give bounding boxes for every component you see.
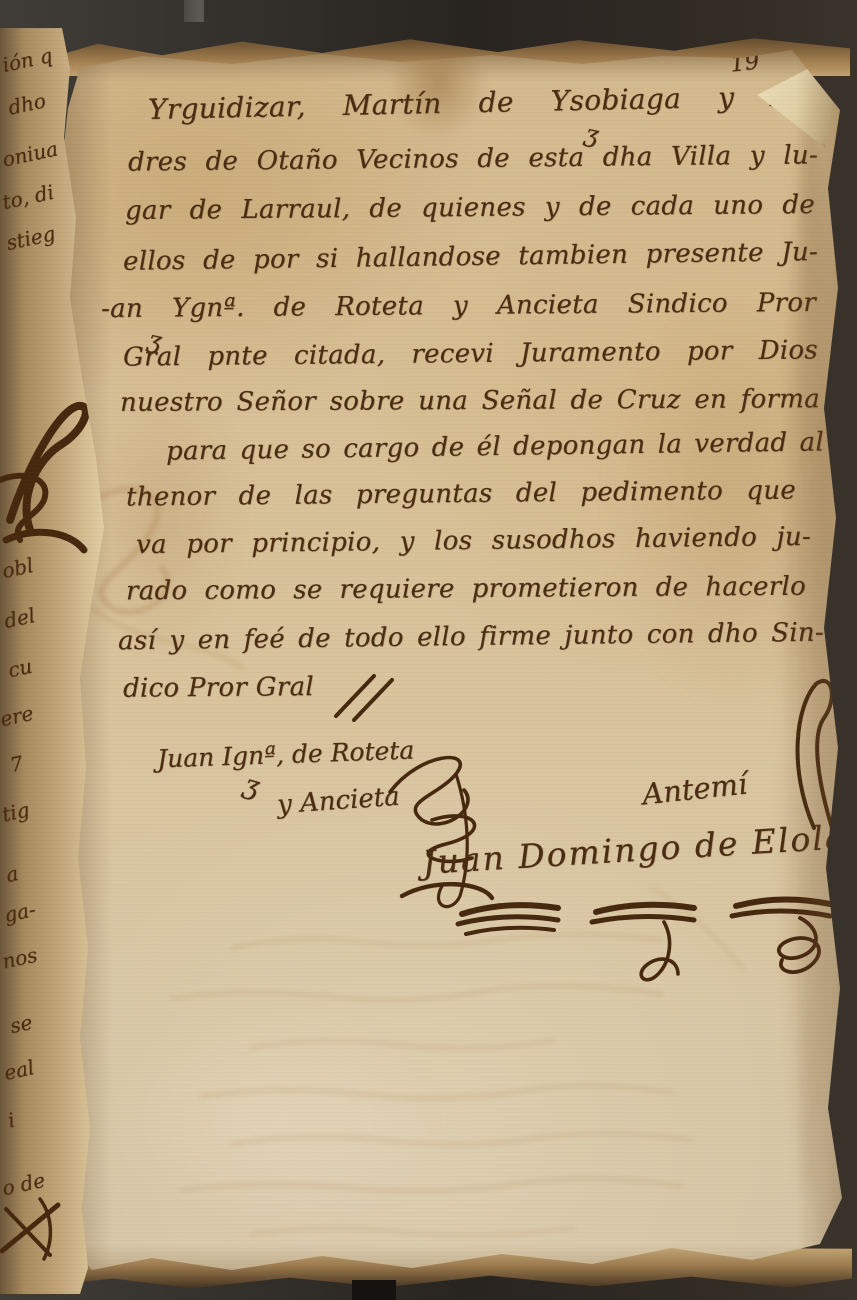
- signature-rubric: [780, 676, 840, 836]
- manuscript-line: así y en feé de todo ello firme junto co…: [118, 619, 824, 656]
- manuscript-line: rado como se requiere prometieron de hac…: [126, 573, 806, 606]
- signature-rubric: [330, 670, 402, 724]
- manuscript-line: dico Pror Gral: [123, 671, 523, 703]
- adjacent-page-flourish: [0, 1195, 70, 1265]
- manuscript-line: gar de Larraul, de quienes y de cada uno…: [125, 191, 815, 226]
- margin-fragment: dho: [6, 88, 48, 119]
- margin-fragment: ga-: [2, 897, 38, 927]
- book-stand: [352, 1280, 396, 1300]
- margin-fragment: i: [6, 1108, 17, 1133]
- margin-fragment: to, di: [0, 180, 56, 214]
- manuscript-line: para que so cargo de él depongan la verd…: [166, 428, 824, 466]
- manuscript-line: va por principio, y los susodhos haviend…: [136, 523, 811, 560]
- margin-fragment: eal: [2, 1055, 36, 1085]
- manuscript-line: dres de Otaño Vecinos de esta dha Villa …: [128, 141, 818, 177]
- manuscript-line: Gral pnte citada, recevi Juramento por D…: [123, 336, 818, 372]
- manuscript-line: ellos de por si hallandose tambien prese…: [123, 238, 818, 276]
- paper-stain: [78, 378, 248, 658]
- manuscript-line: nuestro Señor sobre una Señal de Cruz en…: [120, 385, 820, 417]
- adjacent-page-flourish: [0, 400, 100, 560]
- margin-fragment: tig: [0, 797, 31, 826]
- margin-fragment: nos: [0, 943, 39, 974]
- margin-fragment: ión q: [0, 43, 54, 77]
- paraph-mark: ʒ: [240, 768, 263, 802]
- signature-notary-attestation: Antemí: [641, 767, 749, 812]
- margin-fragment: obl: [0, 553, 35, 583]
- manuscript-line: -an Ygnª. de Roteta y Ancieta Sindico Pr…: [101, 289, 816, 324]
- margin-fragment: ere: [0, 701, 35, 731]
- manuscript-line: thenor de las preguntas del pedimento qu…: [126, 476, 796, 512]
- manuscript-page: 19 Yrguidizar, Martín de Ysobiaga y An- …: [52, 48, 842, 1280]
- margin-fragment: oniua: [0, 136, 60, 171]
- manuscript-scan: 19 Yrguidizar, Martín de Ysobiaga y An- …: [0, 0, 857, 1300]
- signature-rubric: [450, 878, 842, 1004]
- margin-fragment: stieg: [4, 221, 57, 255]
- margin-fragment: a: [4, 861, 21, 887]
- scanner-clamp-notch: [204, 0, 217, 32]
- manuscript-line: Yrguidizar, Martín de Ysobiaga y An-: [148, 81, 820, 126]
- margin-fragment: o de: [0, 1168, 47, 1200]
- margin-fragment: cu: [6, 654, 35, 682]
- margin-fragment: se: [8, 1010, 35, 1038]
- paper-stain: [787, 118, 831, 1198]
- paper-stain: [112, 1008, 432, 1228]
- margin-fragment: del: [2, 603, 37, 633]
- ink-bleedthrough: [52, 48, 842, 1280]
- margin-fragment: 7: [8, 751, 25, 777]
